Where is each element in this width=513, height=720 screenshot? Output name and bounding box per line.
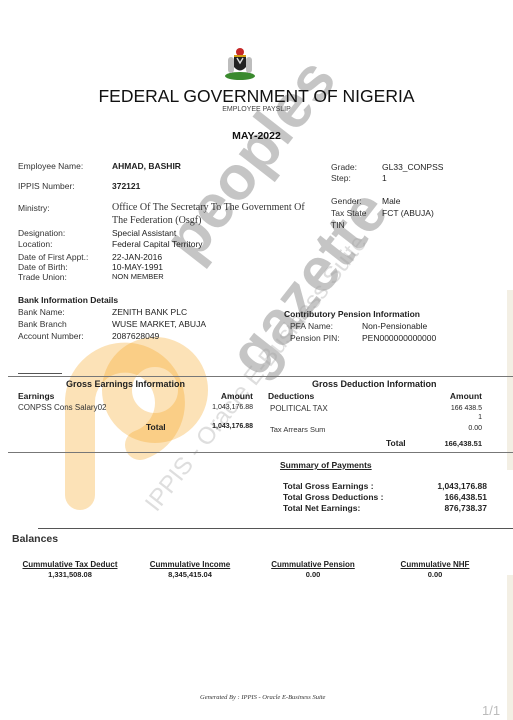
balance-value: 8,345,415.04 bbox=[130, 570, 250, 579]
total-gross-deductions: 166,438.51 bbox=[400, 492, 487, 502]
total-net-earnings: 876,738.37 bbox=[400, 503, 487, 513]
total-gross-earnings: 1,043,176.88 bbox=[400, 481, 487, 491]
bank-name-label: Bank Name: bbox=[18, 307, 65, 317]
pg-logo-watermark bbox=[40, 325, 220, 515]
step: 1 bbox=[382, 173, 387, 183]
deductions-column-header: Deductions bbox=[268, 391, 314, 401]
grade-label: Grade: bbox=[331, 162, 357, 172]
account-number-label: Account Number: bbox=[18, 331, 84, 341]
pay-period: MAY-2022 bbox=[0, 130, 513, 142]
earnings-total: 1,043,176.88 bbox=[180, 423, 253, 430]
trade-union-label: Trade Union: bbox=[18, 272, 67, 282]
account-number: 2087628049 bbox=[112, 331, 159, 341]
section-divider-top bbox=[8, 376, 513, 377]
pfa-name-label: PFA Name: bbox=[290, 321, 333, 331]
balance-label: Cummulative Income bbox=[130, 560, 250, 569]
pension-pin: PEN000000000000 bbox=[362, 333, 436, 343]
balance-value: 1,331,508.08 bbox=[10, 570, 130, 579]
total-gross-earnings-label: Total Gross Earnings : bbox=[283, 481, 374, 491]
date-of-birth-label: Date of Birth: bbox=[18, 262, 68, 272]
document-subtitle: EMPLOYEE PAYSLIP bbox=[0, 106, 513, 113]
bank-branch: WUSE MARKET, ABUJA bbox=[112, 319, 206, 329]
total-gross-deductions-label: Total Gross Deductions : bbox=[283, 492, 383, 502]
deduction-row-amount: 0.00 bbox=[420, 425, 482, 432]
deduction-row-item: POLITICAL TAX bbox=[270, 404, 328, 413]
page-edge bbox=[507, 290, 513, 470]
coat-of-arms-icon bbox=[222, 45, 258, 81]
balance-label: Cummulative NHF bbox=[375, 560, 495, 569]
step-label: Step: bbox=[331, 173, 351, 183]
ministry-line-2: The Federation (Osgf) bbox=[112, 215, 201, 226]
first-appointment-date: 22-JAN-2016 bbox=[112, 252, 162, 262]
document-title: FEDERAL GOVERNMENT OF NIGERIA bbox=[0, 86, 513, 107]
grade: GL33_CONPSS bbox=[382, 162, 443, 172]
bank-info-heading: Bank Information Details bbox=[18, 295, 118, 305]
balances-heading: Balances bbox=[12, 533, 58, 545]
total-net-earnings-label: Total Net Earnings: bbox=[283, 503, 360, 513]
ippis-number: 372121 bbox=[112, 181, 140, 191]
gender-label: Gender: bbox=[331, 196, 362, 206]
pension-info-heading: Contributory Pension Information bbox=[284, 309, 420, 319]
earnings-total-label: Total bbox=[146, 422, 166, 432]
first-appointment-label: Date of First Appt.: bbox=[18, 252, 88, 262]
generated-by-footer: Generated By : IPPIS - Oracle E-Business… bbox=[200, 694, 325, 701]
pfa-name: Non-Pensionable bbox=[362, 321, 427, 331]
balance-value: 0.00 bbox=[253, 570, 373, 579]
gender: Male bbox=[382, 196, 400, 206]
location-label: Location: bbox=[18, 239, 53, 249]
earnings-row-amount: 1,043,176.88 bbox=[180, 404, 253, 411]
balance-value: 0.00 bbox=[375, 570, 495, 579]
trade-union: NON MEMBER bbox=[112, 272, 164, 281]
pension-pin-label: Pension PIN: bbox=[290, 333, 340, 343]
deductions-total: 166,438.51 bbox=[420, 439, 482, 448]
ministry-label: Ministry: bbox=[18, 203, 50, 213]
deduction-row-amount: 166 438.5 bbox=[420, 405, 482, 412]
section-divider-bottom bbox=[38, 528, 513, 529]
deductions-amount-header: Amount bbox=[420, 391, 482, 401]
summary-heading: Summary of Payments bbox=[280, 460, 372, 470]
deductions-heading: Gross Deduction Information bbox=[312, 379, 437, 389]
designation: Special Assistant bbox=[112, 228, 176, 238]
designation-label: Designation: bbox=[18, 228, 65, 238]
balance-label: Cummulative Pension bbox=[253, 560, 373, 569]
ippis-number-label: IPPIS Number: bbox=[18, 181, 75, 191]
page-indicator: 1/1 bbox=[482, 703, 500, 718]
short-divider bbox=[18, 373, 62, 374]
ippis-oracle-watermark: IPPIS - Oracle E-Business Suite bbox=[140, 230, 373, 517]
tin-label: TIN bbox=[331, 220, 345, 230]
employee-name-label: Employee Name: bbox=[18, 161, 83, 171]
deduction-row-item: Tax Arrears Sum bbox=[270, 425, 325, 434]
bank-branch-label: Bank Branch bbox=[18, 319, 67, 329]
employee-name: AHMAD, BASHIR bbox=[112, 161, 181, 171]
tax-state-label: Tax State bbox=[331, 208, 366, 218]
location: Federal Capital Territory bbox=[112, 239, 203, 249]
deductions-total-label: Total bbox=[386, 438, 406, 448]
tax-state: FCT (ABUJA) bbox=[382, 208, 434, 218]
earnings-heading: Gross Earnings Information bbox=[66, 379, 185, 389]
page-edge bbox=[507, 575, 513, 720]
date-of-birth: 10-MAY-1991 bbox=[112, 262, 163, 272]
earnings-row-item: CONPSS Cons Salary02 bbox=[18, 403, 106, 412]
balance-label: Cummulative Tax Deduct bbox=[10, 560, 130, 569]
deduction-row-amount-wrap: 1 bbox=[420, 414, 482, 421]
bank-name: ZENITH BANK PLC bbox=[112, 307, 187, 317]
ministry-line-1: Office Of The Secretary To The Governmen… bbox=[112, 202, 305, 213]
earnings-amount-header: Amount bbox=[200, 391, 253, 401]
section-divider-mid bbox=[8, 452, 513, 453]
earnings-column-header: Earnings bbox=[18, 391, 54, 401]
